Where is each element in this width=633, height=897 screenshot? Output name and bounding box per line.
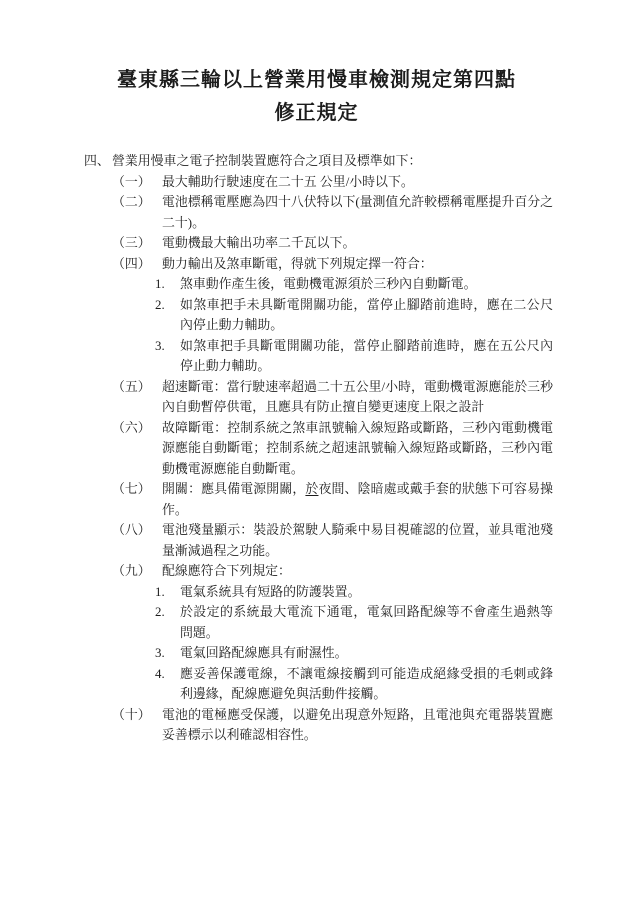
item-text: 開關：應具備電源開關，於夜間、陰暗處或戴手套的狀態下可容易操作。 (162, 479, 553, 520)
subitem-number: 2. (155, 602, 180, 623)
subitem-number: 1. (155, 582, 180, 603)
item-number: （七） (112, 479, 162, 500)
regulation-item: （五）超速斷電：當行駛速率超過二十五公里/小時，電動機電源應能於三秒內自動暫停供… (84, 377, 553, 418)
section-heading-number: 四、 (84, 151, 112, 172)
item-text: 電池殘量顯示：裝設於駕駛人騎乘中易目視確認的位置，並具電池殘量漸減過程之功能。 (162, 520, 553, 561)
item-text: 動力輸出及煞車斷電，得就下列規定擇一符合： (162, 254, 553, 275)
regulation-subitem: 3.如煞車把手具斷電開關功能，當停止腳踏前進時，應在五公尺內停止動力輔助。 (84, 336, 553, 377)
item-text: 最大輔助行駛速度在二十五 公里/小時以下。 (162, 172, 553, 193)
document-title-line1: 臺東縣三輪以上營業用慢車檢測規定第四點 (0, 64, 633, 97)
regulation-subitem: 3.電氣回路配線應具有耐濕性。 (84, 643, 553, 664)
item-text-segment: 電池的電極應受保護，以避免出現意外短路，且電池與充電器裝置應妥善標示以利確認相容… (162, 708, 553, 743)
subitem-text: 應妥善保護電線，不讓電線接觸到可能造成絕緣受損的毛刺或鋒利邊緣，配線應避免與活動… (180, 664, 553, 705)
subitem-number: 1. (155, 274, 180, 295)
item-text-segment: 開關：應具備電源開關， (162, 482, 305, 496)
item-text: 故障斷電：控制系統之煞車訊號輸入線短路或斷路，三秒內電動機電源應能自動斷電；控制… (162, 418, 553, 480)
subitem-text: 煞車動作產生後，電動機電源須於三秒內自動斷電。 (180, 274, 553, 295)
item-number: （八） (112, 520, 162, 541)
subitem-text: 電氣回路配線應具有耐濕性。 (180, 643, 553, 664)
item-text-segment: 動力輸出及煞車斷電，得就下列規定擇一符合： (162, 257, 433, 271)
subitem-number: 3. (155, 643, 180, 664)
item-number: （一） (112, 172, 162, 193)
regulation-item: （六）故障斷電：控制系統之煞車訊號輸入線短路或斷路，三秒內電動機電源應能自動斷電… (84, 418, 553, 480)
item-number: （五） (112, 377, 162, 398)
section-heading: 四、營業用慢車之電子控制裝置應符合之項目及標準如下： (84, 151, 553, 172)
item-number: （十） (112, 705, 162, 726)
item-text-segment: 超速斷電：當行駛速率超過二十五公里/小時，電動機電源應能於三秒內自動暫停供電，且… (162, 380, 553, 415)
subitem-number: 3. (155, 336, 180, 357)
regulation-subitem: 1.電氣系統具有短路的防護裝置。 (84, 582, 553, 603)
item-text-segment: 電動機最大輸出功率二千瓦以下。 (162, 236, 355, 250)
document-title: 臺東縣三輪以上營業用慢車檢測規定第四點 修正規定 (0, 0, 633, 130)
item-number: （二） (112, 192, 162, 213)
regulation-subitem: 1.煞車動作產生後，電動機電源須於三秒內自動斷電。 (84, 274, 553, 295)
regulation-item: （九）配線應符合下列規定： (84, 561, 553, 582)
item-number: （三） (112, 233, 162, 254)
item-text: 電動機最大輸出功率二千瓦以下。 (162, 233, 553, 254)
item-text: 配線應符合下列規定： (162, 561, 553, 582)
regulation-subitem: 2.如煞車把手未具斷電開關功能，當停止腳踏前進時，應在二公尺內停止動力輔助。 (84, 295, 553, 336)
regulation-subitem: 2.於設定的系統最大電流下通電，電氣回路配線等不會產生過熱等問題。 (84, 602, 553, 643)
regulation-section: 四、營業用慢車之電子控制裝置應符合之項目及標準如下：（一）最大輔助行駛速度在二十… (84, 151, 553, 746)
subitem-text: 如煞車把手具斷電開關功能，當停止腳踏前進時，應在五公尺內停止動力輔助。 (180, 336, 553, 377)
regulation-item: （十）電池的電極應受保護，以避免出現意外短路，且電池與充電器裝置應妥善標示以利確… (84, 705, 553, 746)
item-text: 電池的電極應受保護，以避免出現意外短路，且電池與充電器裝置應妥善標示以利確認相容… (162, 705, 553, 746)
document-title-line2: 修正規定 (0, 97, 633, 130)
subitem-text: 如煞車把手未具斷電開關功能，當停止腳踏前進時，應在二公尺內停止動力輔助。 (180, 295, 553, 336)
item-number: （六） (112, 418, 162, 439)
item-text: 超速斷電：當行駛速率超過二十五公里/小時，電動機電源應能於三秒內自動暫停供電，且… (162, 377, 553, 418)
subitem-text: 於設定的系統最大電流下通電，電氣回路配線等不會產生過熱等問題。 (180, 602, 553, 643)
document-page: 臺東縣三輪以上營業用慢車檢測規定第四點 修正規定 四、營業用慢車之電子控制裝置應… (0, 0, 633, 897)
item-text: 電池標稱電壓應為四十八伏特以下(量測值允許較標稱電壓提升百分之二十)。 (162, 192, 553, 233)
item-text-segment: 電池殘量顯示：裝設於駕駛人騎乘中易目視確認的位置，並具電池殘量漸減過程之功能。 (162, 523, 553, 558)
regulation-subitem: 4.應妥善保護電線，不讓電線接觸到可能造成絕緣受損的毛刺或鋒利邊緣，配線應避免與… (84, 664, 553, 705)
item-text-segment: 最大輔助行駛速度在二十五 公里/小時以下。 (162, 175, 414, 189)
item-text-segment: 故障斷電：控制系統之煞車訊號輸入線短路或斷路，三秒內電動機電源應能自動斷電；控制… (162, 421, 553, 476)
regulation-item: （三）電動機最大輸出功率二千瓦以下。 (84, 233, 553, 254)
item-text-segment: 配線應符合下列規定： (162, 564, 291, 578)
item-text-segment: 於 (305, 482, 318, 496)
section-heading-text: 營業用慢車之電子控制裝置應符合之項目及標準如下： (112, 151, 553, 172)
regulation-item: （四）動力輸出及煞車斷電，得就下列規定擇一符合： (84, 254, 553, 275)
regulation-item: （七）開關：應具備電源開關，於夜間、陰暗處或戴手套的狀態下可容易操作。 (84, 479, 553, 520)
subitem-number: 4. (155, 664, 180, 685)
regulation-item: （一）最大輔助行駛速度在二十五 公里/小時以下。 (84, 172, 553, 193)
item-text-segment: 電池標稱電壓應為四十八伏特以下(量測值允許較標稱電壓提升百分之二十)。 (162, 195, 553, 230)
item-number: （四） (112, 254, 162, 275)
subitem-text: 電氣系統具有短路的防護裝置。 (180, 582, 553, 603)
subitem-number: 2. (155, 295, 180, 316)
regulation-item: （二）電池標稱電壓應為四十八伏特以下(量測值允許較標稱電壓提升百分之二十)。 (84, 192, 553, 233)
item-number: （九） (112, 561, 162, 582)
regulation-item: （八）電池殘量顯示：裝設於駕駛人騎乘中易目視確認的位置，並具電池殘量漸減過程之功… (84, 520, 553, 561)
